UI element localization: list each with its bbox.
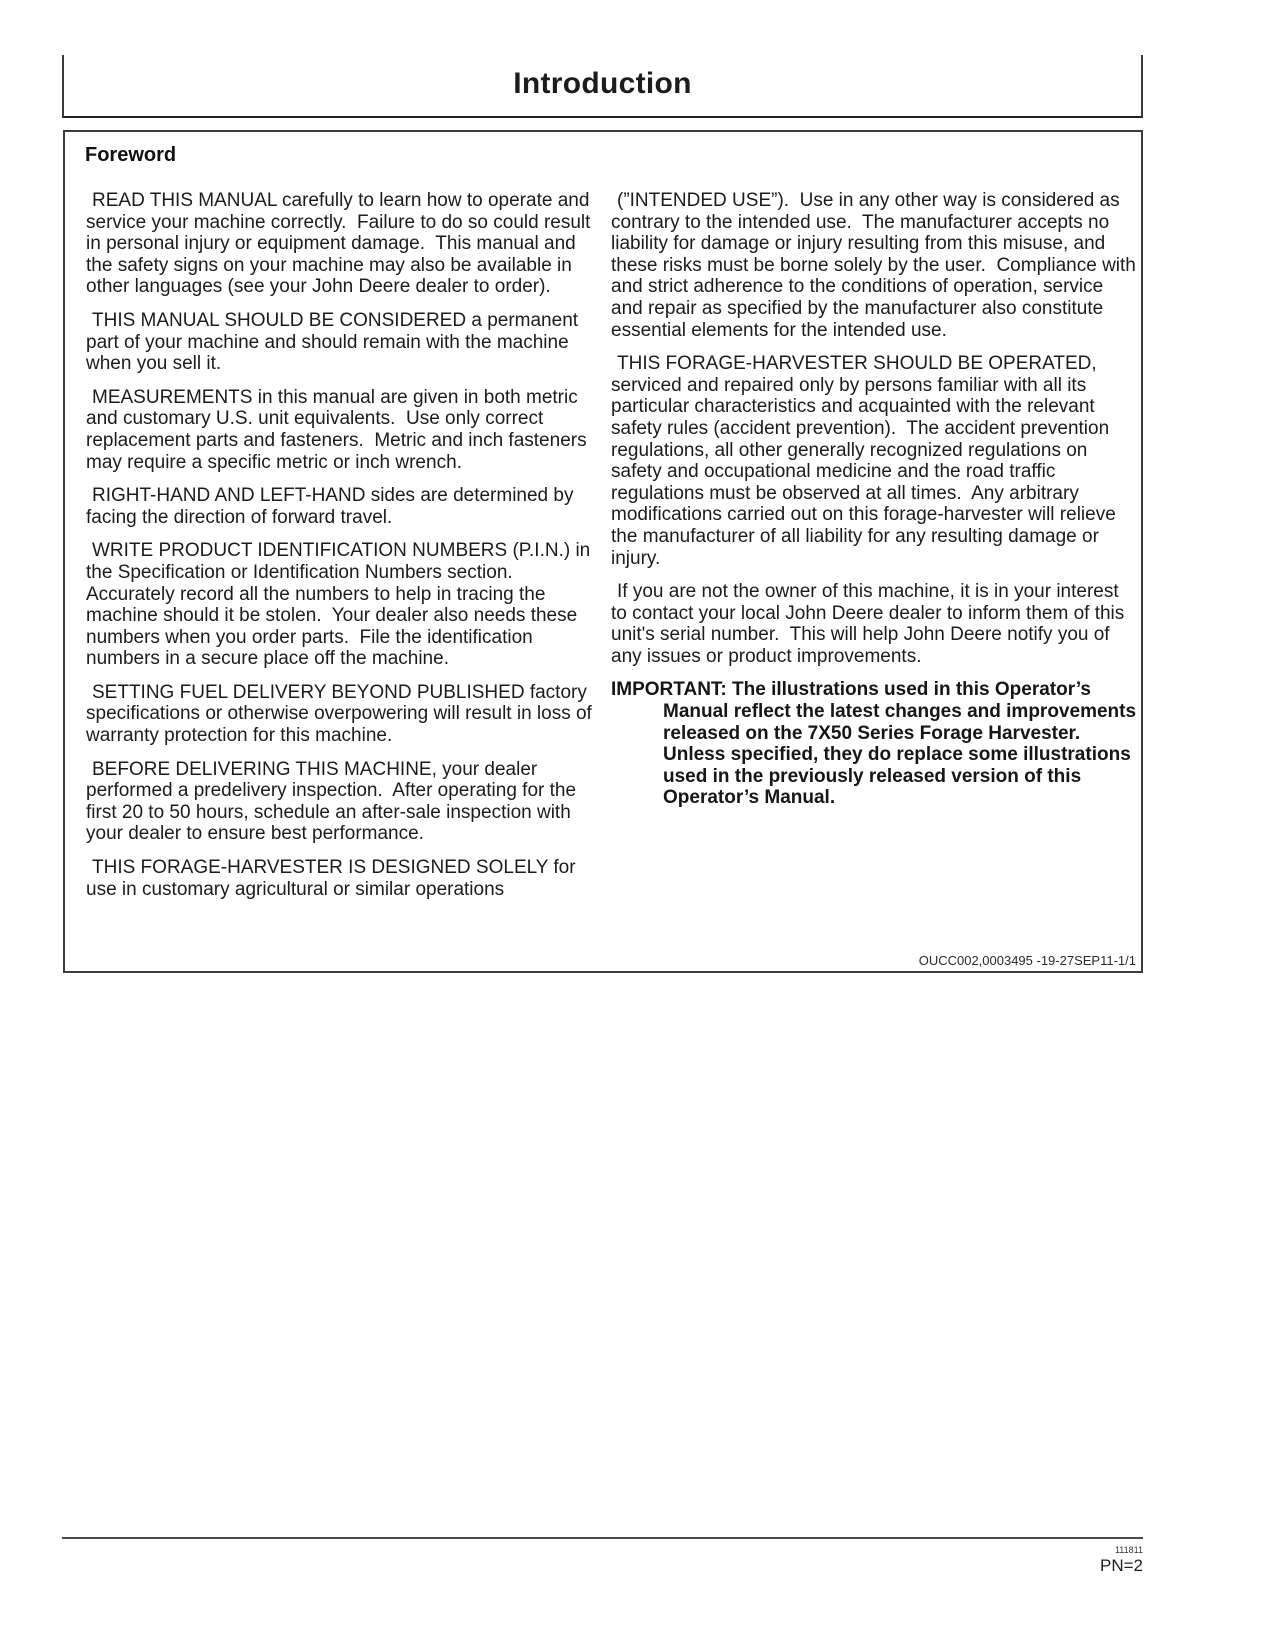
page-number: PN=2 xyxy=(1100,1556,1143,1576)
paragraph: THIS FORAGE-HARVESTER IS DESIGNED SOLELY… xyxy=(86,857,595,900)
paragraph: THIS FORAGE-HARVESTER SHOULD BE OPERATED… xyxy=(611,353,1139,569)
paragraph: RIGHT-HAND AND LEFT-HAND sides are deter… xyxy=(86,485,595,528)
paragraph: SETTING FUEL DELIVERY BEYOND PUBLISHED f… xyxy=(86,682,595,747)
print-code: 111811 xyxy=(1115,1545,1143,1555)
manual-page: Introduction Foreword READ THIS MANUAL c… xyxy=(0,0,1275,1650)
reference-code: OUCC002,0003495 -19-27SEP11-1/1 xyxy=(919,953,1136,968)
paragraph: (”INTENDED USE”). Use in any other way i… xyxy=(611,190,1139,341)
important-note: IMPORTANT: The illustrations used in thi… xyxy=(611,679,1139,809)
two-column-body: READ THIS MANUAL carefully to learn how … xyxy=(86,190,1141,912)
paragraph: If you are not the owner of this machine… xyxy=(611,581,1139,667)
paragraph: MEASUREMENTS in this manual are given in… xyxy=(86,387,595,473)
paragraph: READ THIS MANUAL carefully to learn how … xyxy=(86,190,595,298)
paragraph: BEFORE DELIVERING THIS MACHINE, your dea… xyxy=(86,759,595,845)
left-column: READ THIS MANUAL carefully to learn how … xyxy=(86,190,595,912)
important-text: The illustrations used in this Operator’… xyxy=(663,679,1141,808)
page-title-box: Introduction xyxy=(62,55,1143,118)
foreword-section: Foreword READ THIS MANUAL carefully to l… xyxy=(63,130,1143,973)
paragraph: WRITE PRODUCT IDENTIFICATION NUMBERS (P.… xyxy=(86,540,595,670)
right-column-paragraphs: (”INTENDED USE”). Use in any other way i… xyxy=(611,190,1139,667)
right-column: (”INTENDED USE”). Use in any other way i… xyxy=(611,190,1139,912)
page-title: Introduction xyxy=(513,67,692,105)
footer-rule xyxy=(62,1537,1143,1539)
paragraph: THIS MANUAL SHOULD BE CONSIDERED a perma… xyxy=(86,310,595,375)
important-label: IMPORTANT: xyxy=(611,679,727,700)
section-heading: Foreword xyxy=(85,144,1141,167)
